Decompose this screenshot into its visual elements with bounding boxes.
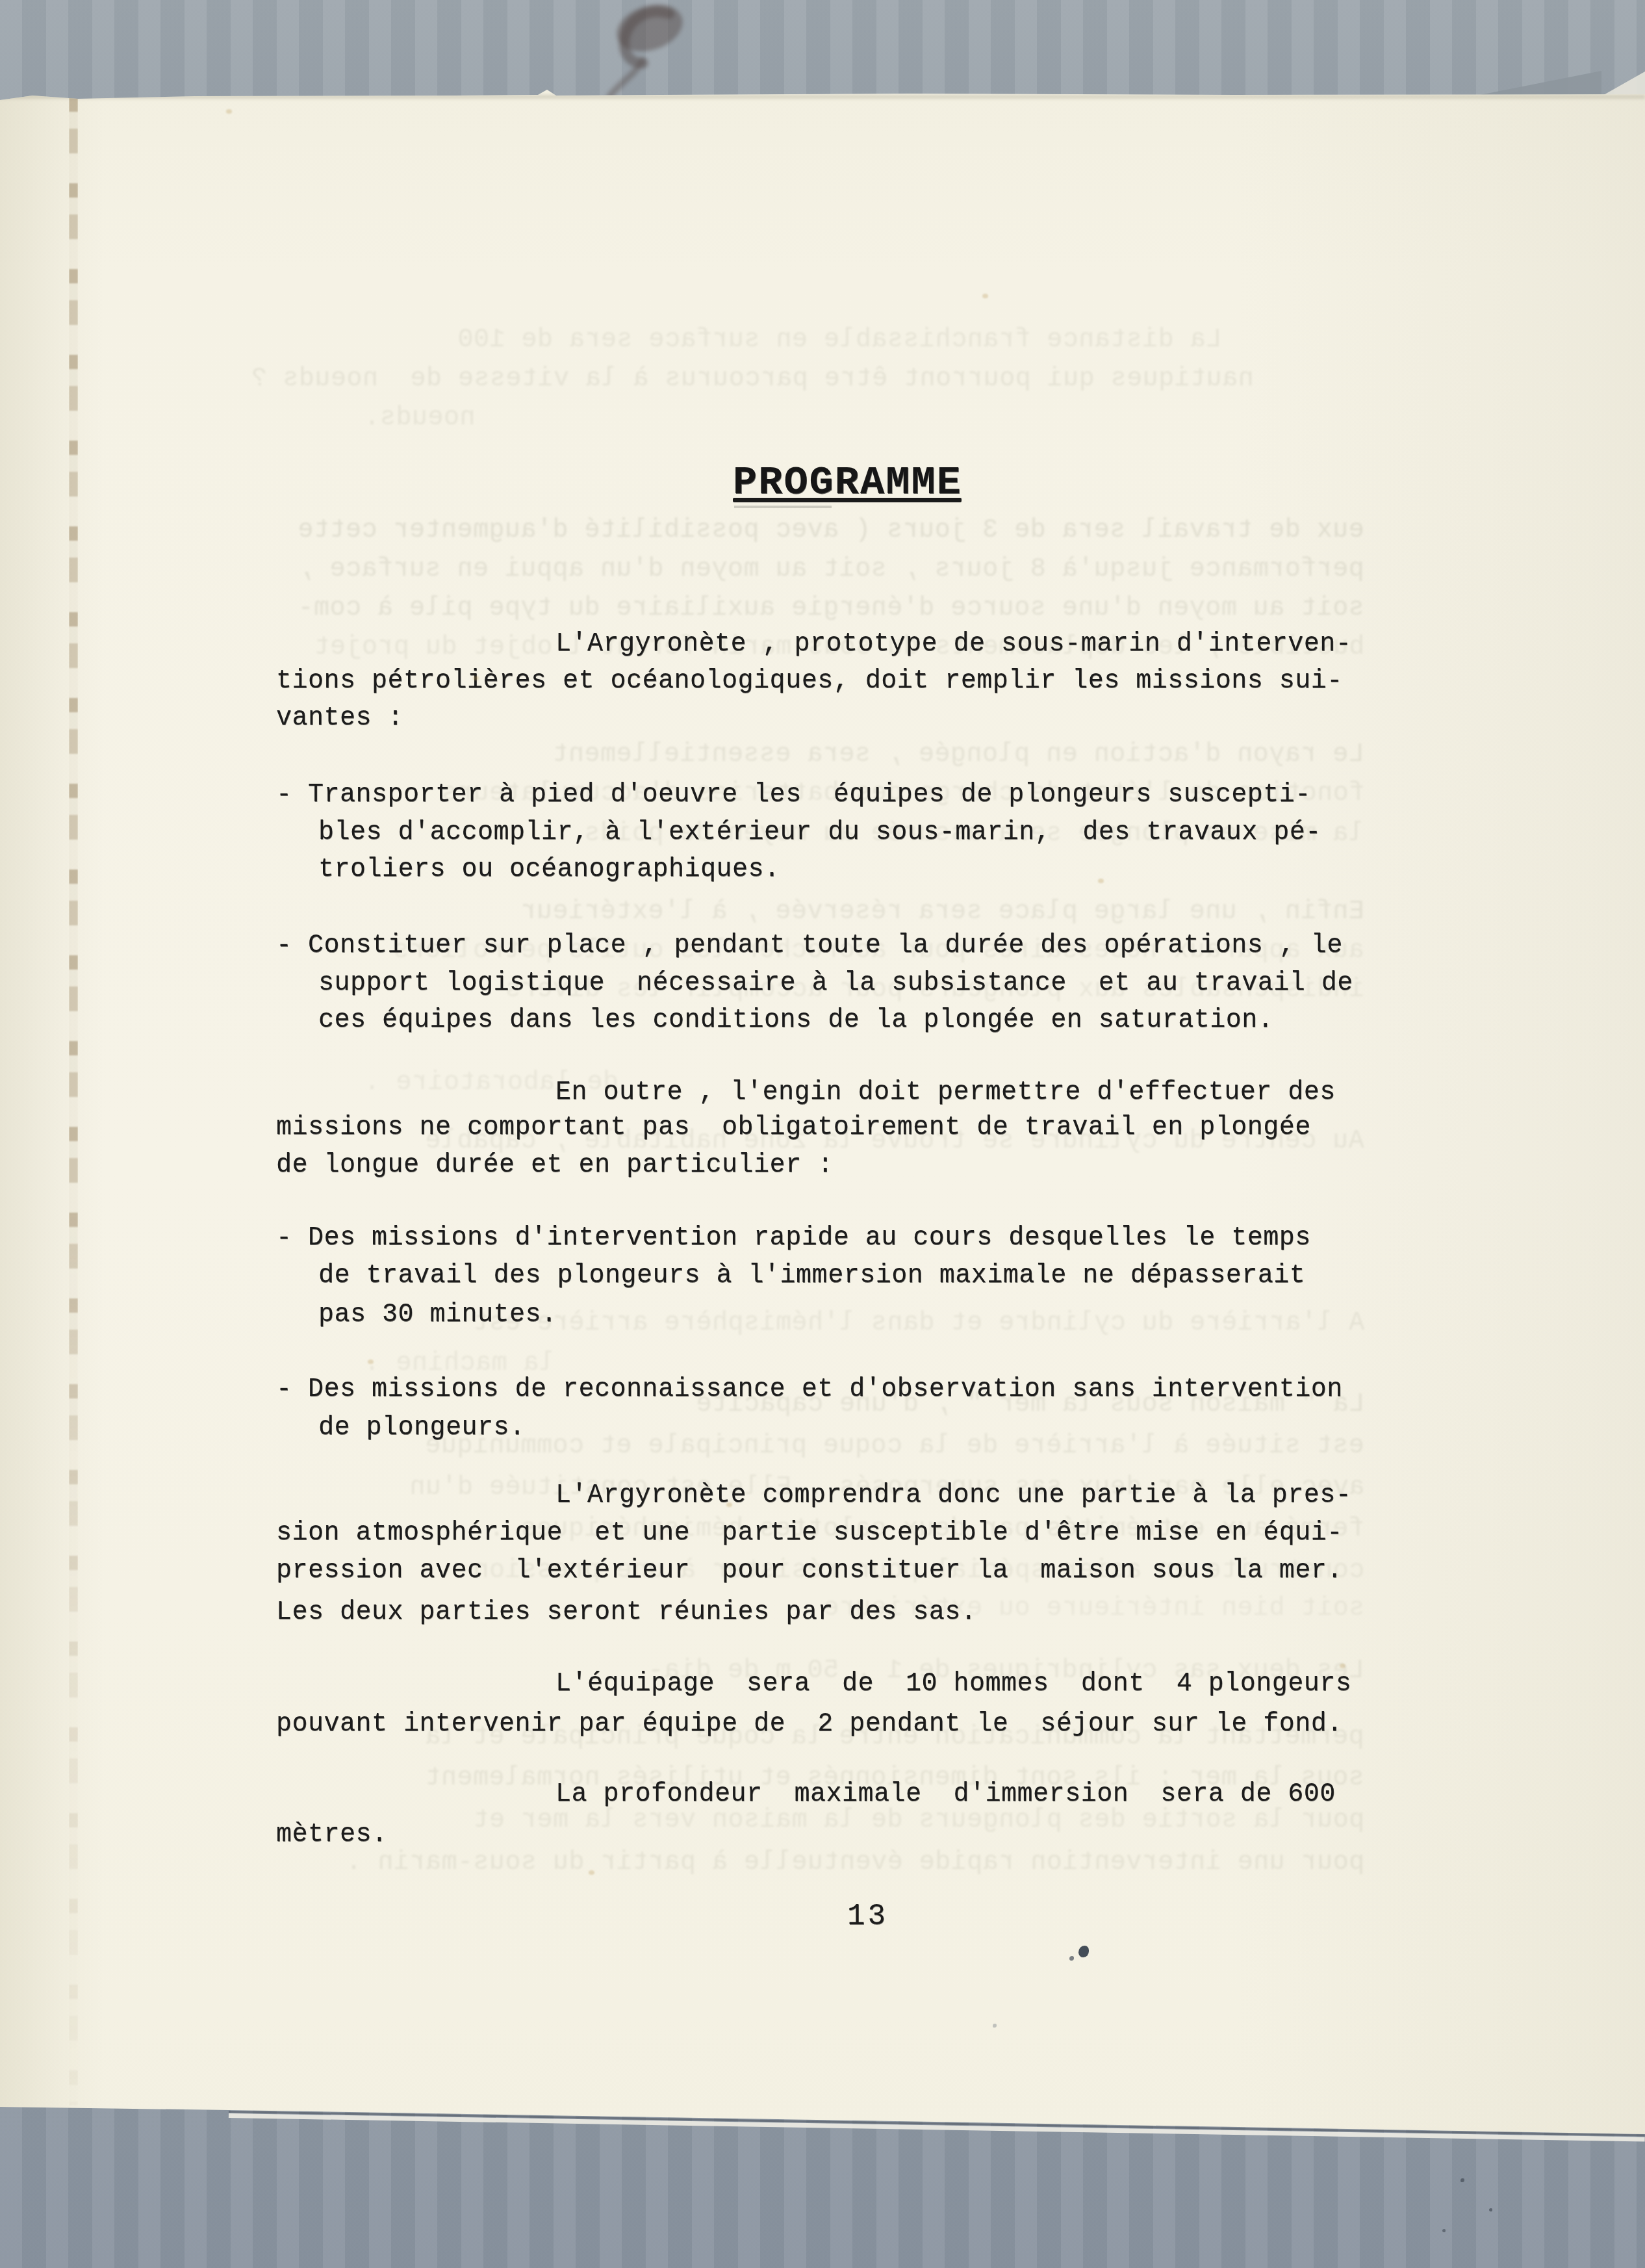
typed-text-line: bles d'accomplir, à l'extérieur du sous-… [318, 818, 1321, 849]
typed-text-line: sion atmosphérique et une partie suscept… [276, 1518, 1343, 1549]
foxing-spot [1098, 879, 1104, 883]
typed-text-line: de plongeurs. [318, 1413, 526, 1444]
bleedthrough-line: Le rayon d'action en plongée , sera esse… [552, 740, 1364, 771]
foxing-spot [982, 294, 988, 298]
typed-text-line: de longue durée et en particulier : [276, 1150, 834, 1181]
foxing-spot [1340, 1664, 1345, 1668]
bleedthrough-line: A l'arrière du cylindre et dans l'hémisp… [473, 1308, 1364, 1339]
bleedthrough-line: est située à l'arrière de la coque princ… [425, 1431, 1364, 1462]
typed-text-line: L'Argyronète comprendra donc une partie … [555, 1480, 1351, 1512]
bleedthrough-line: eux de travail sera de 3 jours ( avec po… [298, 515, 1364, 547]
foxing-spot [226, 109, 232, 114]
scanned-page: PROGRAMME La distance franchissable en s… [0, 0, 1645, 2268]
foxing-spot [368, 1360, 374, 1364]
binding-crease [69, 97, 78, 2106]
typed-text-line: missions ne comportant pas obligatoireme… [276, 1113, 1311, 1144]
typed-text-line: En outre , l'engin doit permettre d'effe… [555, 1077, 1336, 1109]
foxing-spot [726, 1502, 732, 1507]
typed-text-line: vantes : [276, 703, 403, 734]
page-number: 13 [847, 1899, 888, 1934]
typed-text-line: de travail des plongeurs à l'immersion m… [318, 1261, 1305, 1292]
typed-text-line: pouvant intervenir par équipe de 2 penda… [276, 1709, 1343, 1740]
typed-text-line: troliers ou océanographiques. [318, 855, 780, 886]
typed-text-line: tions pétrolières et océanologiques, doi… [276, 666, 1343, 697]
bleedthrough-line: performance jusqu'à 8 jours , soit au mo… [298, 554, 1364, 586]
bleedthrough-line: pour une intervention rapide éventuelle … [346, 1848, 1364, 1879]
typed-text-line: L'équipage sera de 10 hommes dont 4 plon… [555, 1669, 1351, 1700]
foxing-spot [589, 1870, 594, 1875]
typed-text-line: La profondeur maximale d'immersion sera … [555, 1779, 1336, 1811]
bleedthrough-line: nautiques qui pourront être parcourus à … [251, 364, 1254, 395]
title-underline [733, 498, 962, 502]
typed-text-line: support logistique nécessaire à la subsi… [318, 968, 1353, 999]
typed-text-line: - Des missions de reconnaissance et d'ob… [276, 1374, 1343, 1406]
scan-smudge-mark [572, 0, 767, 99]
typed-text-line: pas 30 minutes. [318, 1300, 557, 1331]
typed-text-line: - Des missions d'intervention rapide au … [276, 1223, 1311, 1254]
bleedthrough-line: Enfin , une large place sera réservée , … [520, 897, 1364, 928]
bleedthrough-line: noeuds. [364, 403, 476, 434]
typed-text-line: ces équipes dans les conditions de la pl… [318, 1005, 1273, 1037]
typed-text-line: mètres. [276, 1820, 388, 1851]
bleedthrough-line: soit au moyen d'une source d'énergie aux… [298, 593, 1364, 625]
typed-text-line: - Transporter à pied d'oeuvre les équipe… [276, 780, 1311, 811]
typed-text-line: pression avec l'extérieur pour constitue… [276, 1556, 1343, 1587]
foxing-spot [473, 676, 479, 680]
typed-text-line: Les deux parties seront réunies par des … [276, 1597, 976, 1629]
typed-text-line: - Constituer sur place , pendant toute l… [276, 931, 1343, 962]
bleedthrough-line: La distance franchissable en surface ser… [457, 325, 1221, 356]
typed-text-line: L'Argyronète , prototype de sous-marin d… [555, 629, 1351, 660]
